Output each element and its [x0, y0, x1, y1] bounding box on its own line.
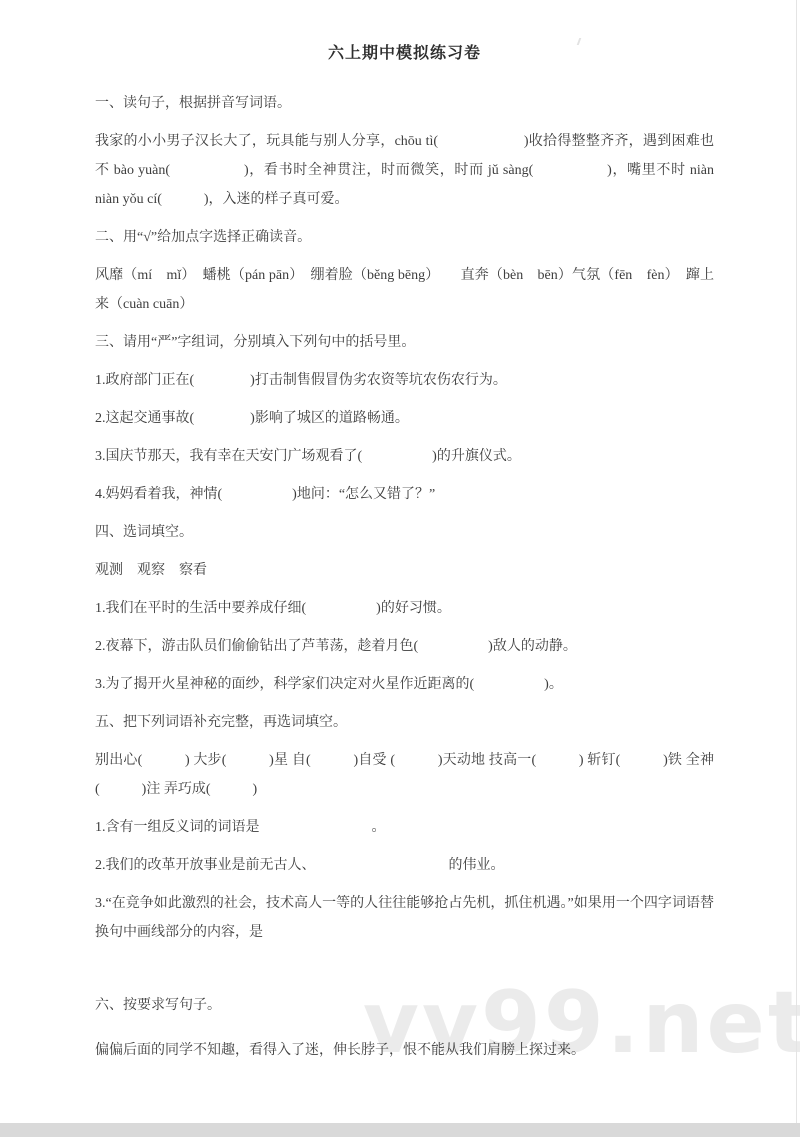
section-4-item-3: 3.为了揭开火星神秘的面纱，科学家们决定对火星作近距离的( )。	[95, 670, 714, 699]
section-5-heading: 五、把下列词语补充完整，再选词填空。	[95, 708, 714, 737]
section-1-heading: 一、读句子，根据拼音写词语。	[95, 89, 714, 118]
section-3-heading: 三、请用“严”字组词，分别填入下列句中的括号里。	[95, 328, 714, 357]
section-3-item-4: 4.妈妈看着我，神情( )地问：“怎么又错了？”	[95, 480, 714, 509]
exam-paper-content: 六上期中模拟练习卷 一、读句子，根据拼音写词语。 我家的小小男子汉长大了，玩具能…	[95, 40, 714, 1074]
document-page: vv99.net 六上期中模拟练习卷 一、读句子，根据拼音写词语。 我家的小小男…	[0, 0, 800, 1137]
paper-title: 六上期中模拟练习卷	[95, 40, 714, 63]
section-3-item-3: 3.国庆节那天，我有幸在天安门广场观看了( )的升旗仪式。	[95, 442, 714, 471]
section-3-item-2: 2.这起交通事故( )影响了城区的道路畅通。	[95, 404, 714, 433]
page-right-edge	[796, 0, 797, 1123]
section-6-heading: 六、按要求写句子。	[95, 991, 714, 1020]
section-4-item-2: 2.夜幕下，游击队员们偷偷钻出了芦苇荡，趁着月色( )敌人的动静。	[95, 632, 714, 661]
section-3-item-1: 1.政府部门正在( )打击制售假冒伪劣农资等坑农伤农行为。	[95, 366, 714, 395]
section-4-heading: 四、选词填空。	[95, 518, 714, 547]
section-2-pronunciation-options: 风靡（mí mǐ） 蟠桃（pán pān） 绷着脸（běng bēng） 直奔（…	[95, 261, 714, 319]
section-4-word-bank: 观测 观察 察看	[95, 556, 714, 585]
section-5-item-3: 3.“在竞争如此激烈的社会，技术高人一等的人往往能够抢占先机，抓住机遇。”如果用…	[95, 889, 714, 947]
section-5-item-1: 1.含有一组反义词的词语是 。	[95, 813, 714, 842]
section-5-idiom-completion: 别出心( ) 大步( )星 自( )自受 ( )天动地 技高一( ) 斩钉( )…	[95, 746, 714, 804]
section-6-sentence-prompt: 偏偏后面的同学不知趣，看得入了迷，伸长脖子，恨不能从我们肩膀上探过来。	[95, 1036, 714, 1065]
section-5-item-2: 2.我们的改革开放事业是前无古人、 的伟业。	[95, 851, 714, 880]
page-bottom-strip	[0, 1123, 800, 1137]
section-2-heading: 二、用“√”给加点字选择正确读音。	[95, 223, 714, 252]
section-4-item-1: 1.我们在平时的生活中要养成仔细( )的好习惯。	[95, 594, 714, 623]
section-1-pinyin-passage: 我家的小小男子汉长大了，玩具能与别人分享，chōu tì( )收拾得整整齐齐，遇…	[95, 127, 714, 214]
